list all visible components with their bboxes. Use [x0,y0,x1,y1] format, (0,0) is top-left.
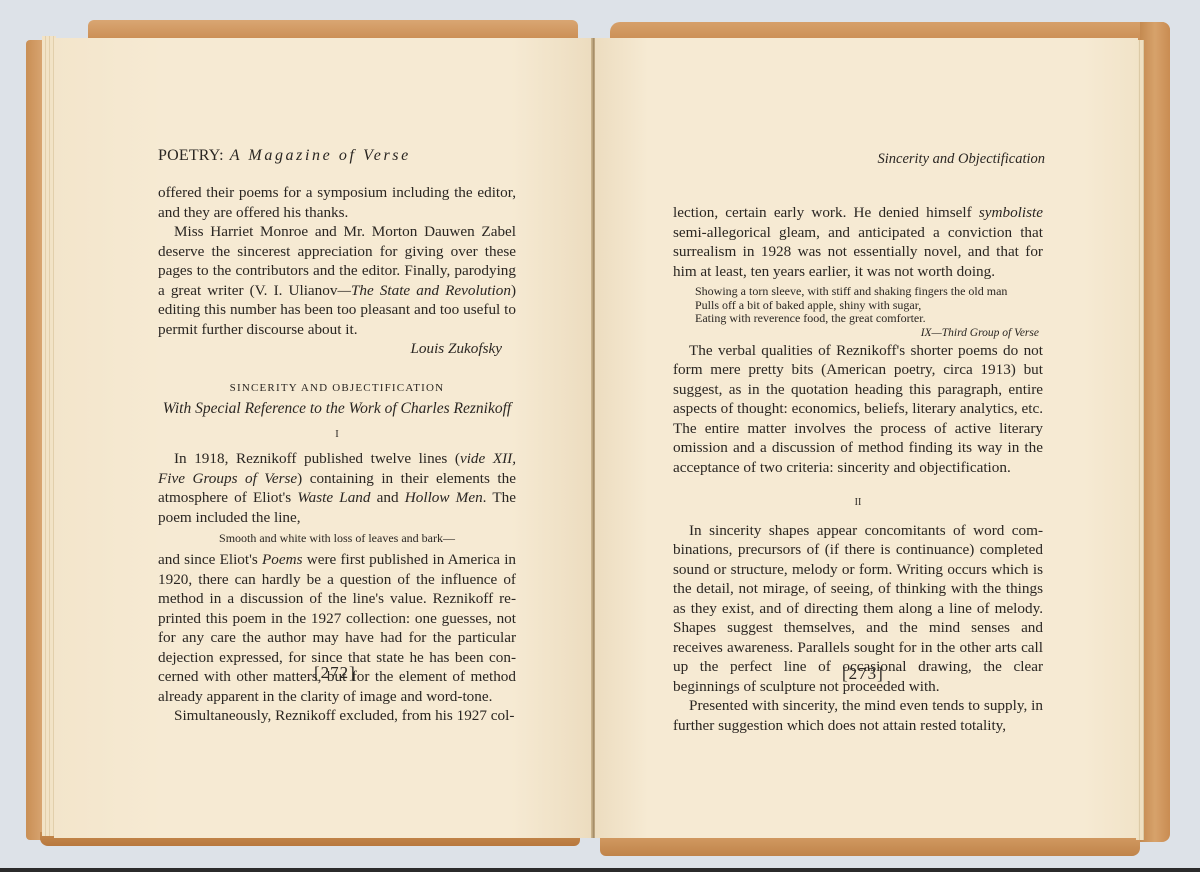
verse-source: IX—Third Group of Verse [673,326,1043,341]
left-running-head: POETRY:A Magazine of Verse [158,147,411,165]
right-running-head: Sincerity and Objectification [673,151,1045,168]
paragraph: Miss Harriet Monroe and Mr. Morton Dauwe… [158,222,516,339]
page-number-left: [272] [314,663,356,683]
bottom-border [0,868,1200,872]
italic-text: Poems [262,551,303,568]
verse-line: Eating with reverence food, the great co… [695,312,1043,326]
section-subtitle: With Special Reference to the Work of Ch… [158,399,516,419]
paragraph: Simultaneously, Reznikoff excluded, from… [158,706,516,726]
paragraph: In 1918, Reznikoff published twelve line… [158,449,516,527]
section-numeral: II [673,493,1043,513]
verse-line: Pulls off a bit of baked apple, shiny wi… [695,299,1043,313]
left-page-body: offered their poems for a symposium incl… [158,183,516,726]
page-number-right: [273] [842,664,884,684]
right-page-body: lection, certain early work. He denied h… [673,203,1043,735]
italic-text: —The State and Revolu­tion [337,282,511,299]
text: and since Eliot's [158,551,262,568]
text: lection, certain early work. He denied h… [673,204,979,221]
quoted-line: Smooth and white with loss of leaves and… [158,530,516,547]
italic-text: Waste Land [297,489,370,506]
book-cover-bottom-right-edge [600,838,1140,856]
paragraph: offered their poems for a symposium incl… [158,183,516,222]
section-title: SINCERITY AND OBJECTIFICATION [158,379,516,399]
text: and [371,489,405,506]
paragraph: Presented with sincerity, the mind even … [673,696,1043,735]
signature: Louis Zukofsky [158,339,516,359]
verse-line: Showing a torn sleeve, with stiff and sh… [695,285,1043,299]
paragraph: The verbal qualities of Reznikoff's shor… [673,341,1043,478]
text: semi-allegorical gleam, and anticipated … [673,224,1043,280]
magazine-subtitle: A Magazine of Verse [230,147,411,164]
italic-text: symboliste [979,204,1043,221]
verse-quotation: Showing a torn sleeve, with stiff and sh… [673,285,1043,326]
text: In 1918, Reznikoff published twelve line… [174,450,460,467]
book-gutter [592,38,595,838]
magazine-title: POETRY: [158,147,224,164]
italic-text: Hollow Men [405,489,483,506]
section-numeral: I [158,425,516,445]
paragraph: lection, certain early work. He denied h… [673,203,1043,281]
book-cover-right-edge [1140,22,1170,842]
